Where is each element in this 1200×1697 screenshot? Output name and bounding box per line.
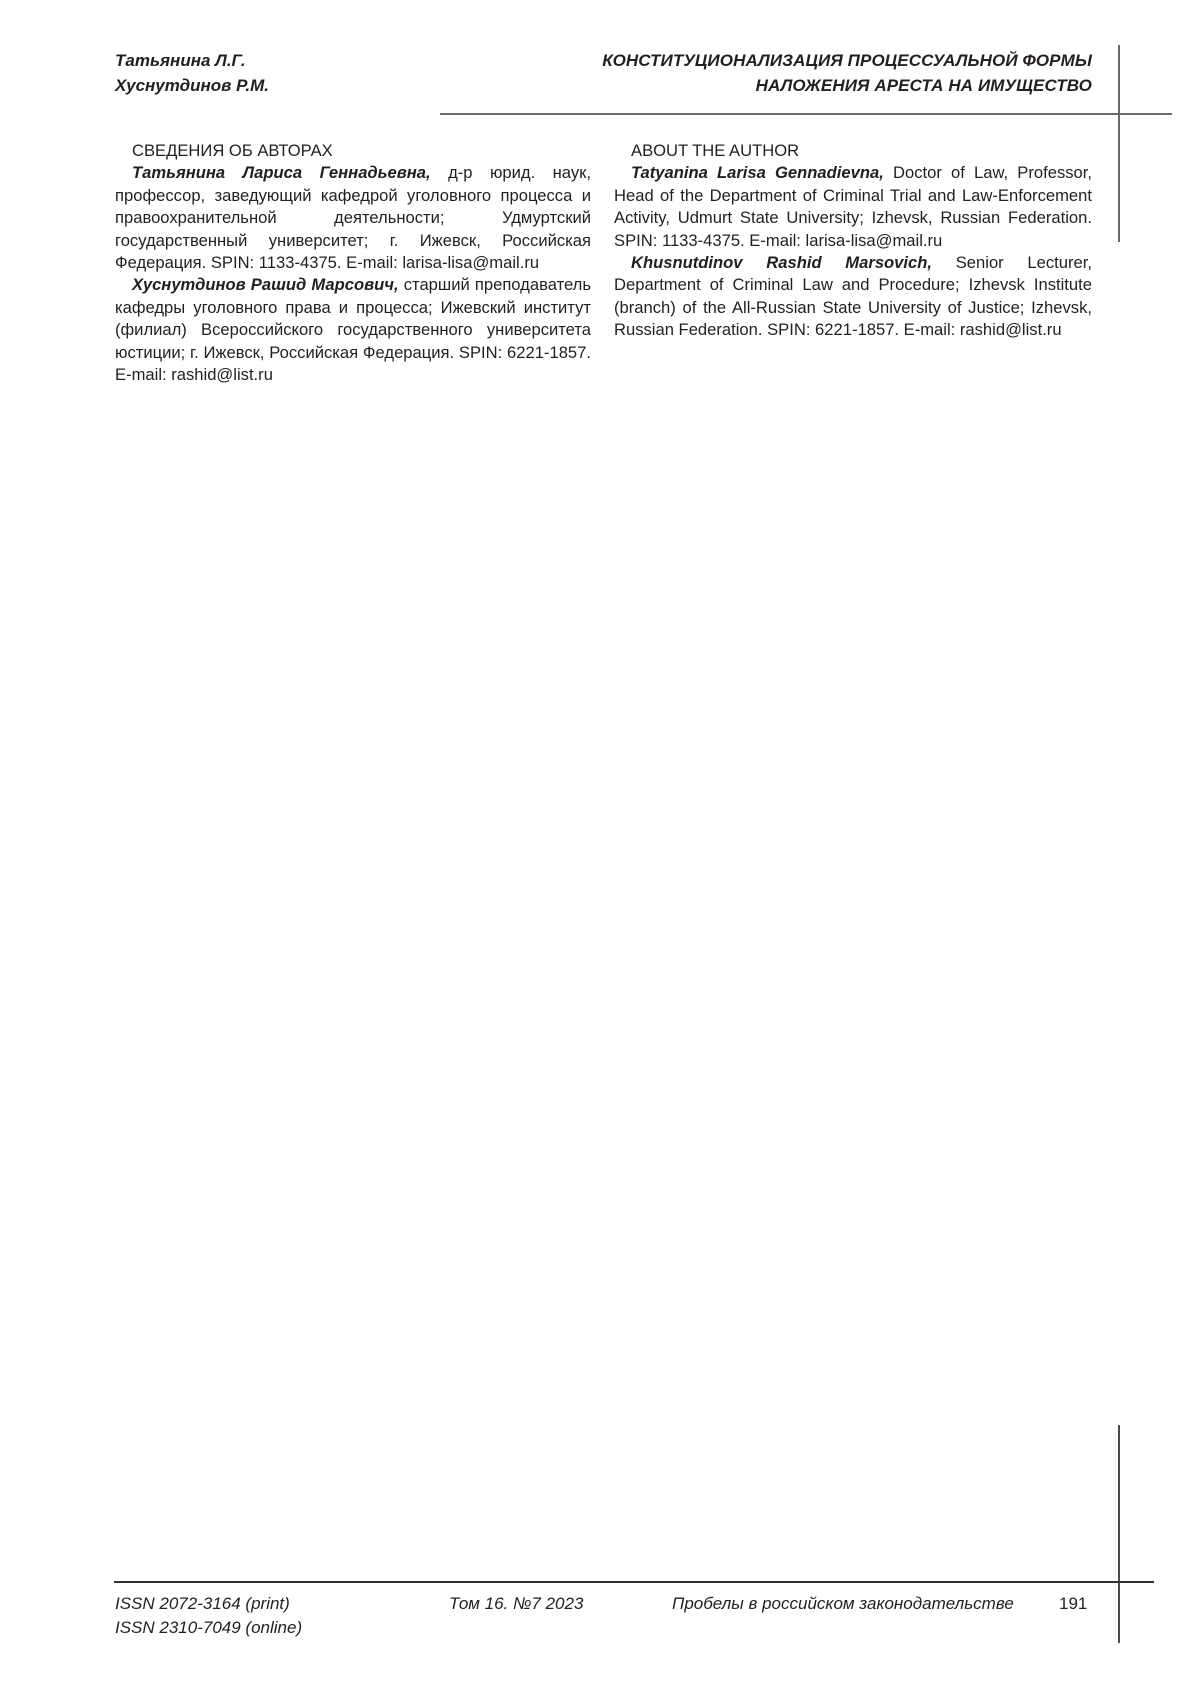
footer-issn: ISSN 2072-3164 (print) ISSN 2310-7049 (o… bbox=[115, 1592, 302, 1640]
author-entry-en-1: Tatyanina Larisa Gennadievna, Doctor of … bbox=[614, 162, 1092, 252]
header-vertical-rule bbox=[1118, 45, 1120, 242]
running-header-title: КОНСТИТУЦИОНАЛИЗАЦИЯ ПРОЦЕССУАЛЬНОЙ ФОРМ… bbox=[452, 48, 1092, 98]
section-heading-en: ABOUT THE AUTHOR bbox=[614, 140, 1092, 162]
author-entry-ru-2: Хуснутдинов Рашид Марсович, старший преп… bbox=[115, 274, 591, 386]
footer-issue: Том 16. №7 2023 bbox=[449, 1592, 583, 1616]
header-rule bbox=[440, 113, 1172, 115]
header-title-line-2: НАЛОЖЕНИЯ АРЕСТА НА ИМУЩЕСТВО bbox=[452, 73, 1092, 98]
running-header-authors: Татьянина Л.Г. Хуснутдинов Р.М. bbox=[115, 48, 269, 98]
author-name: Tatyanina Larisa Gennadievna, bbox=[631, 163, 884, 182]
footer-rule bbox=[114, 1581, 1154, 1583]
issn-online: ISSN 2310-7049 (online) bbox=[115, 1616, 302, 1640]
issn-print: ISSN 2072-3164 (print) bbox=[115, 1592, 302, 1616]
authors-info-ru: СВЕДЕНИЯ ОБ АВТОРАХ Татьянина Лариса Ген… bbox=[115, 140, 591, 386]
authors-info-en: ABOUT THE AUTHOR Tatyanina Larisa Gennad… bbox=[614, 140, 1092, 342]
footer-journal-title: Пробелы в российском законодательстве bbox=[672, 1592, 1014, 1616]
author-name: Khusnutdinov Rashid Marsovich, bbox=[631, 253, 932, 272]
author-entry-en-2: Khusnutdinov Rashid Marsovich, Senior Le… bbox=[614, 252, 1092, 342]
author-name: Хуснутдинов Рашид Марсович, bbox=[132, 275, 399, 294]
section-heading-ru: СВЕДЕНИЯ ОБ АВТОРАХ bbox=[115, 140, 591, 162]
author-entry-ru-1: Татьянина Лариса Геннадьевна, д-р юрид. … bbox=[115, 162, 591, 274]
page-number: 191 bbox=[1059, 1592, 1087, 1616]
header-author-1: Татьянина Л.Г. bbox=[115, 48, 269, 73]
author-name: Татьянина Лариса Геннадьевна, bbox=[132, 163, 431, 182]
header-title-line-1: КОНСТИТУЦИОНАЛИЗАЦИЯ ПРОЦЕССУАЛЬНОЙ ФОРМ… bbox=[452, 48, 1092, 73]
footer-vertical-rule bbox=[1118, 1425, 1120, 1643]
header-author-2: Хуснутдинов Р.М. bbox=[115, 73, 269, 98]
